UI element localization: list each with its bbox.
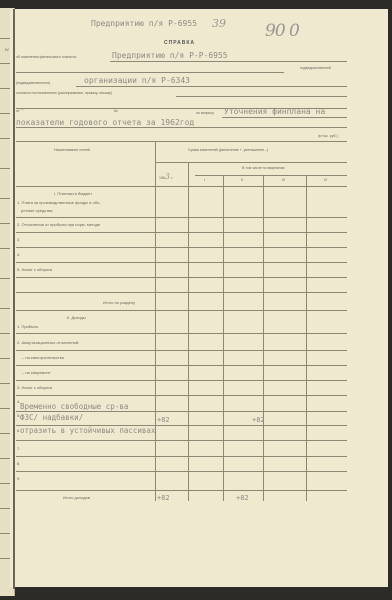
income-total-year: +82 [157,494,170,502]
section-2-title: II. Доходы [67,315,86,320]
units-label: (в тыс. руб.) [318,134,338,138]
document-title: СПРАВКА [164,40,195,46]
typed-note-line3: отразить в устойчивых пассивах [20,426,155,435]
top-stamp: Предприятию п/я Р-6955 [91,19,197,28]
date-from-label: от " " [16,109,24,113]
col-header-name: Наименование статей [54,148,90,152]
basis-label: согласно постановлению (распоряжению, пр… [16,91,112,95]
typed-note-line1: Временно свободные ср-ва [20,402,128,411]
cell-q2-value: +82 [252,416,265,424]
change-plan-value: Предприятию п/я Р-Р-6955 [112,51,228,60]
quarter-2-header: II [241,178,243,182]
row-label: 3. Налог с оборота [17,385,52,390]
section-1-title: I. Платежи в бюджет [54,191,92,196]
row-label: 8. [17,461,20,466]
section-1-total: Итого по разделу [103,300,135,305]
binding-spine [13,9,15,589]
row-label: 4. [17,252,20,257]
subordinate-label: подведомственной [300,66,331,70]
row-label: 5. Налог с оборота [17,267,52,272]
quarters-header: В том числе по кварталам [242,166,285,170]
row-label: 3. [17,237,20,242]
row-label: 9. [17,476,20,481]
row-label: 2. Отчисления от прибыли при норм. метод… [17,222,100,227]
row-label: 1. Плата за производственные фонды и обо… [17,200,101,205]
col-header-sum: Сумма изменений (увеличение +, уменьшени… [188,148,268,152]
typed-note-line2: ФЗС/ надбавки/ [20,413,83,422]
income-total-q2: +82 [236,494,249,502]
org-label: (подведомственного) [16,81,50,85]
change-plan-label: об изменении финансового плана по [16,55,76,59]
cell-year-value: +82 [157,416,170,424]
row-label: – на капремонт [22,370,51,375]
question-label: по вопросу [196,111,214,115]
row-label: 1. Прибыль [17,324,38,329]
margin-mark: IV [5,47,9,52]
row-label-cont: ротные средства [21,208,52,213]
question-value-line1: Уточнения финплана на [224,107,325,116]
row-label: 2. Амортизационных отчислений: [17,340,79,345]
row-label: 7. [17,446,20,451]
question-value-line2: показатели годового отчета за 1962год [16,118,194,127]
row-label: – на капстроительство [22,355,64,360]
col-header-year: 1963 г. [159,172,173,181]
handwritten-mark: 90 0 [265,21,299,41]
income-total-label: Итого доходов [63,495,90,500]
quarter-1-header: I [204,178,205,182]
handwritten-page-number: 39 [212,17,226,30]
quarter-3-header: III [282,178,285,182]
number-label: № [114,109,118,113]
quarter-4-header: IV [324,178,327,182]
org-value: организации п/я Р-6343 [84,76,190,85]
